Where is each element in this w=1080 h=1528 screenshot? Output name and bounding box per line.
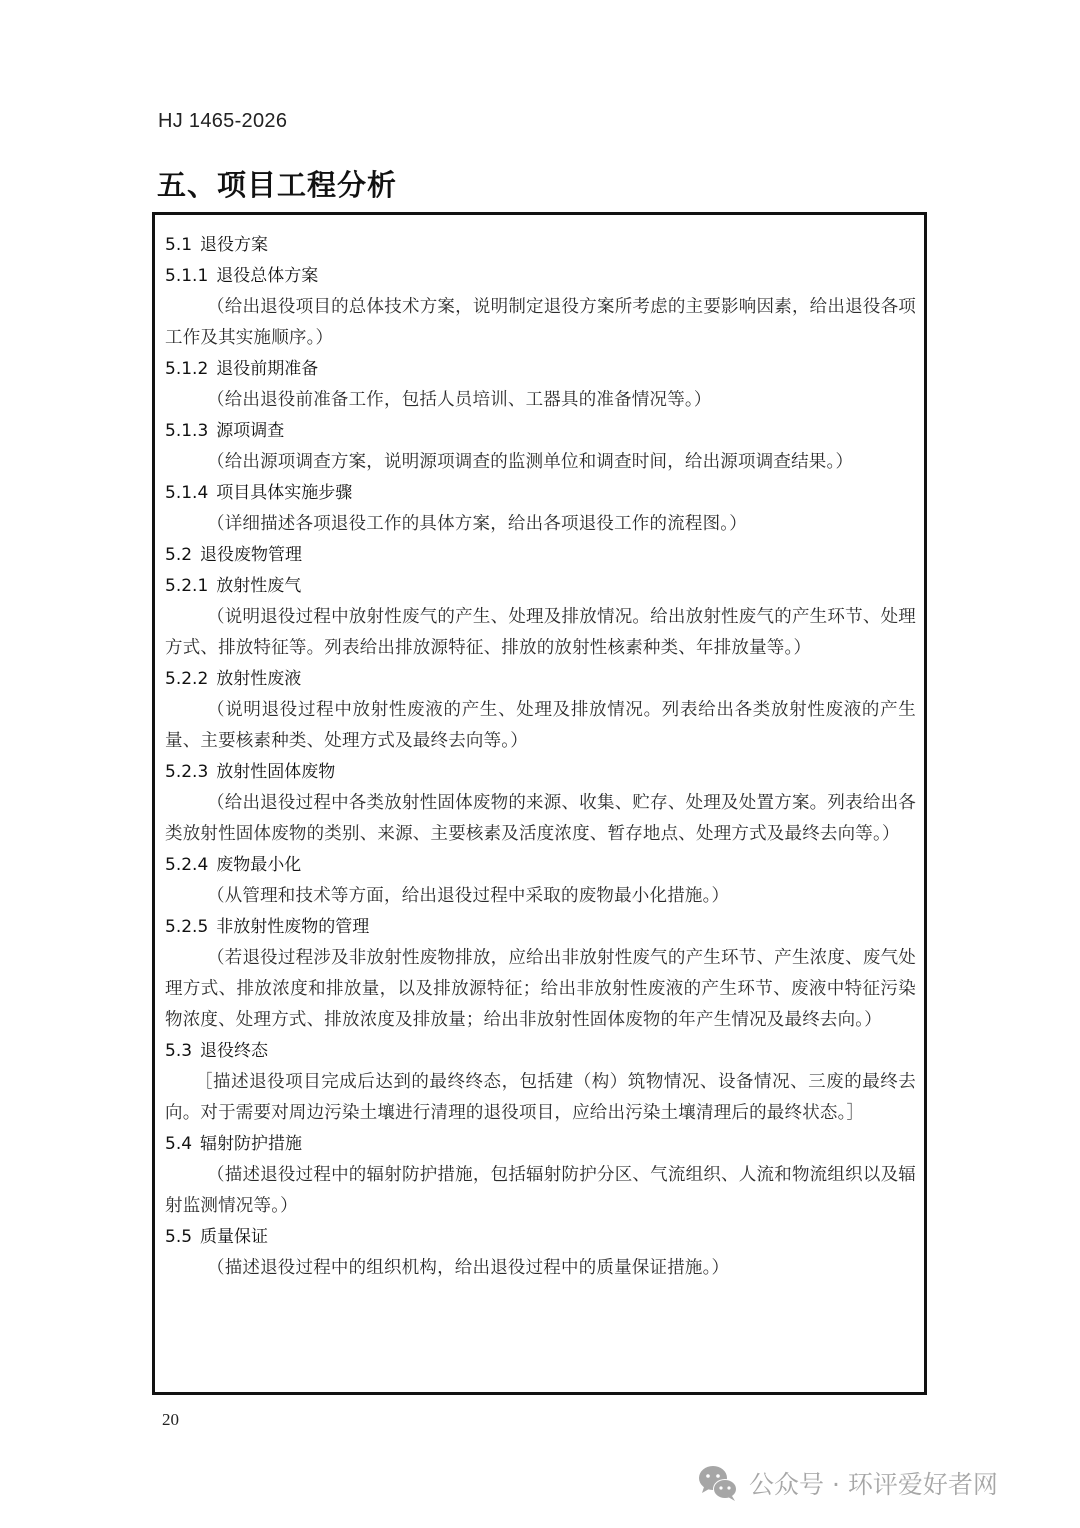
section-list: 5.1退役方案 5.1.1退役总体方案 （给出退役项目的总体技术方案，说明制定退… [165, 230, 916, 1284]
section-heading: 5.4辐射防护措施 [165, 1129, 916, 1160]
section-number: 5.2 [165, 540, 192, 571]
section-heading: 5.1.4项目具体实施步骤 [165, 478, 916, 509]
section-title: 退役废物管理 [200, 545, 302, 565]
section-number: 5.1.3 [165, 416, 208, 447]
section-heading: 5.2.5非放射性废物的管理 [165, 912, 916, 943]
section-description: （给出退役前准备工作，包括人员培训、工器具的准备情况等。） [165, 385, 916, 416]
section-description: ［描述退役项目完成后达到的最终终态，包括建（构）筑物情况、设备情况、三废的最终去… [165, 1067, 916, 1129]
section-heading: 5.2.3放射性固体废物 [165, 757, 916, 788]
section-number: 5.1 [165, 230, 192, 261]
section-title: 质量保证 [200, 1227, 268, 1247]
section-description: （给出退役项目的总体技术方案，说明制定退役方案所考虑的主要影响因素，给出退役各项… [165, 292, 916, 354]
section-heading: 5.1.2退役前期准备 [165, 354, 916, 385]
page-number: 20 [162, 1410, 179, 1430]
section-number: 5.1.4 [165, 478, 208, 509]
section-number: 5.1.2 [165, 354, 208, 385]
section-description: （描述退役过程中的组织机构，给出退役过程中的质量保证措施。） [165, 1253, 916, 1284]
section-heading: 5.1.3源项调查 [165, 416, 916, 447]
section-title: 退役总体方案 [216, 266, 318, 286]
section-number: 5.4 [165, 1129, 192, 1160]
section-number: 5.5 [165, 1222, 192, 1253]
section-heading: 5.5质量保证 [165, 1222, 916, 1253]
section-description: （从管理和技术等方面，给出退役过程中采取的废物最小化措施。） [165, 881, 916, 912]
section-title: 非放射性废物的管理 [216, 917, 369, 937]
section-title: 辐射防护措施 [200, 1134, 302, 1154]
watermark: 公众号 · 环评爱好者网 [697, 1463, 998, 1503]
section-description: （说明退役过程中放射性废液的产生、处理及排放情况。列表给出各类放射性废液的产生量… [165, 695, 916, 757]
section-number: 5.2.5 [165, 912, 208, 943]
section-title: 退役方案 [200, 235, 268, 255]
section-number: 5.2.3 [165, 757, 208, 788]
section-description: （若退役过程涉及非放射性废物排放，应给出非放射性废气的产生环节、产生浓度、废气处… [165, 943, 916, 1036]
watermark-text: 公众号 · 环评爱好者网 [749, 1465, 998, 1501]
standard-code: HJ 1465-2026 [158, 110, 287, 133]
section-title: 源项调查 [216, 421, 284, 441]
section-title: 退役前期准备 [216, 359, 318, 379]
section-heading: 5.2退役废物管理 [165, 540, 916, 571]
section-description: （说明退役过程中放射性废气的产生、处理及排放情况。给出放射性废气的产生环节、处理… [165, 602, 916, 664]
section-heading: 5.1退役方案 [165, 230, 916, 261]
section-number: 5.2.4 [165, 850, 208, 881]
section-number: 5.2.1 [165, 571, 208, 602]
section-title: 退役终态 [200, 1041, 268, 1061]
section-title: 项目具体实施步骤 [216, 483, 352, 503]
section-description: （给出源项调查方案，说明源项调查的监测单位和调查时间，给出源项调查结果。） [165, 447, 916, 478]
section-number: 5.2.2 [165, 664, 208, 695]
section-heading: 5.2.2放射性废液 [165, 664, 916, 695]
section-description: （详细描述各项退役工作的具体方案，给出各项退役工作的流程图。） [165, 509, 916, 540]
section-number: 5.1.1 [165, 261, 208, 292]
section-heading: 5.1.1退役总体方案 [165, 261, 916, 292]
wechat-icon [697, 1463, 739, 1503]
section-heading: 5.3退役终态 [165, 1036, 916, 1067]
section-title: 放射性废气 [216, 576, 301, 596]
section-description: （给出退役过程中各类放射性固体废物的来源、收集、贮存、处理及处置方案。列表给出各… [165, 788, 916, 850]
content-frame: 5.1退役方案 5.1.1退役总体方案 （给出退役项目的总体技术方案，说明制定退… [152, 212, 927, 1395]
section-description: （描述退役过程中的辐射防护措施，包括辐射防护分区、气流组织、人流和物流组织以及辐… [165, 1160, 916, 1222]
section-title: 放射性废液 [216, 669, 301, 689]
section-heading: 5.2.4废物最小化 [165, 850, 916, 881]
section-title: 放射性固体废物 [216, 762, 335, 782]
section-title: 废物最小化 [216, 855, 301, 875]
chapter-title: 五、项目工程分析 [157, 163, 397, 204]
section-number: 5.3 [165, 1036, 192, 1067]
section-heading: 5.2.1放射性废气 [165, 571, 916, 602]
